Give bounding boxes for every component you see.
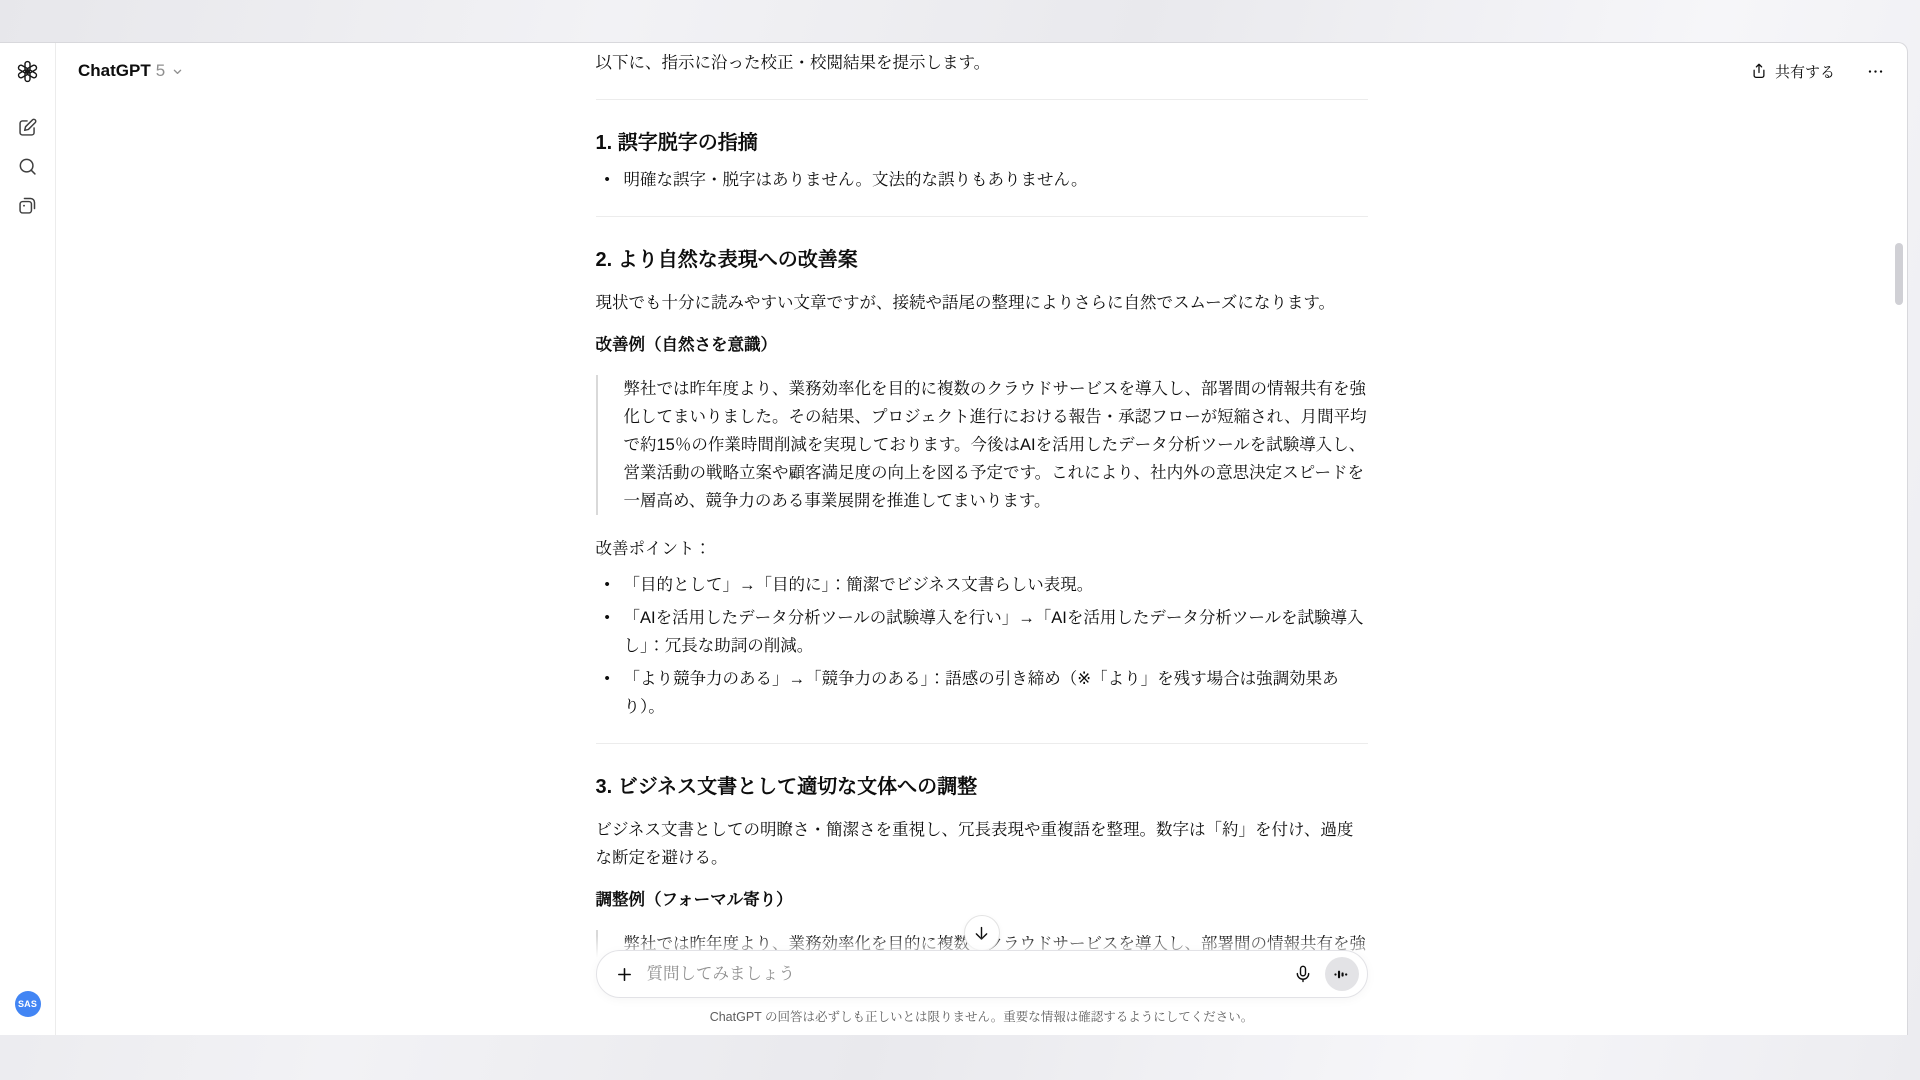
section2-points-list: 「目的として」→「目的に」：簡潔でビジネス文書らしい表現。 「AIを活用したデー… [596,571,1368,721]
model-version: 5 [156,61,165,81]
chevron-down-icon [170,64,185,79]
voice-mode-button[interactable] [1325,957,1359,991]
divider [596,743,1368,744]
mic-icon[interactable] [1291,962,1315,986]
user-avatar[interactable]: SAS [15,991,41,1017]
topbar-right: 共有する [1742,55,1887,88]
section1-heading: 1. 誤字脱字の指摘 [596,128,1368,158]
composer-area: ChatGPT の回答は必ずしも正しいとは限りません。重要な情報は確認するように… [56,936,1907,1035]
composer[interactable] [596,950,1368,998]
plus-icon[interactable] [613,962,637,986]
model-switcher[interactable]: ChatGPT 5 [70,55,193,87]
more-options-icon[interactable] [1863,59,1887,83]
section2-points-label: 改善ポイント： [596,535,1368,563]
list-item: 「より競争力のある」→「競争力のある」：語感の引き締め（※「より」を残す場合は強… [596,665,1368,721]
search-icon[interactable] [16,154,40,178]
share-button[interactable]: 共有する [1742,55,1843,88]
list-item: 明確な誤字・脱字はありません。文法的な誤りもありません。 [596,166,1368,194]
section2-quote: 弊社では昨年度より、業務効率化を目的に複数のクラウドサービスを導入し、部署間の情… [596,375,1368,515]
intro-paragraph: 以下に、指示に沿った校正・校閲結果を提示します。 [596,49,1368,77]
voice-mode-icon [1333,966,1350,983]
app-title: ChatGPT [78,61,151,81]
message-input[interactable] [647,965,1281,984]
section3-lead: ビジネス文書としての明瞭さ・簡潔さを重視し、冗長表現や重複語を整理。数字は「約」… [596,816,1368,872]
section2-lead: 現状でも十分に読みやすい文章ですが、接続や語尾の整理によりさらに自然でスムーズに… [596,289,1368,317]
assistant-message: 以下に、指示に沿った校正・校閲結果を提示します。 1. 誤字脱字の指摘 明確な誤… [596,43,1368,1035]
library-icon[interactable] [16,193,40,217]
scrollbar-thumb[interactable] [1895,243,1903,305]
share-label: 共有する [1775,61,1835,82]
list-item: 「AIを活用したデータ分析ツールの試験導入を行い」→「AIを活用したデータ分析ツ… [596,604,1368,660]
divider [596,99,1368,100]
share-icon [1750,62,1768,80]
chatgpt-window: SAS ChatGPT 5 共有 [0,42,1908,1035]
section3-example-label: 調整例（フォーマル寄り） [596,886,1368,914]
section2-heading: 2. より自然な表現への改善案 [596,245,1368,275]
sidebar: SAS [0,43,56,1035]
conversation-scroll-area[interactable]: 以下に、指示に沿った校正・校閲結果を提示します。 1. 誤字脱字の指摘 明確な誤… [56,43,1907,1035]
section3-heading: 3. ビジネス文書として適切な文体への調整 [596,772,1368,802]
divider [596,216,1368,217]
openai-logo[interactable] [16,59,40,83]
list-item: 「目的として」→「目的に」：簡潔でビジネス文書らしい表現。 [596,571,1368,599]
main-area: ChatGPT 5 共有する [56,43,1907,1035]
section2-example-label: 改善例（自然さを意識） [596,331,1368,359]
new-chat-icon[interactable] [16,115,40,139]
section1-list: 明確な誤字・脱字はありません。文法的な誤りもありません。 [596,166,1368,194]
sidebar-nav [16,115,40,217]
disclaimer-text: ChatGPT の回答は必ずしも正しいとは限りません。重要な情報は確認するように… [710,1007,1254,1025]
